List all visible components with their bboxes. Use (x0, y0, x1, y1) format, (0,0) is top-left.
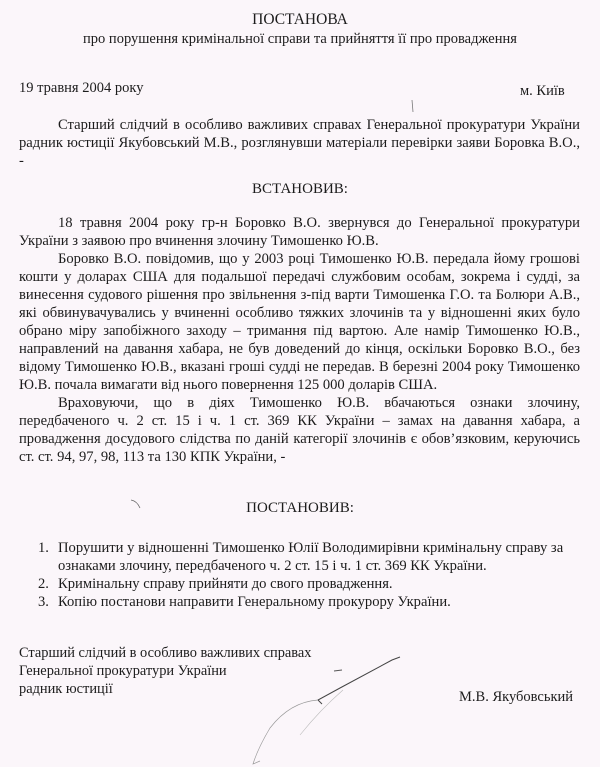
handwritten-signature-icon (0, 0, 600, 767)
document-page: ПОСТАНОВА про порушення кримінальної спр… (0, 0, 600, 767)
